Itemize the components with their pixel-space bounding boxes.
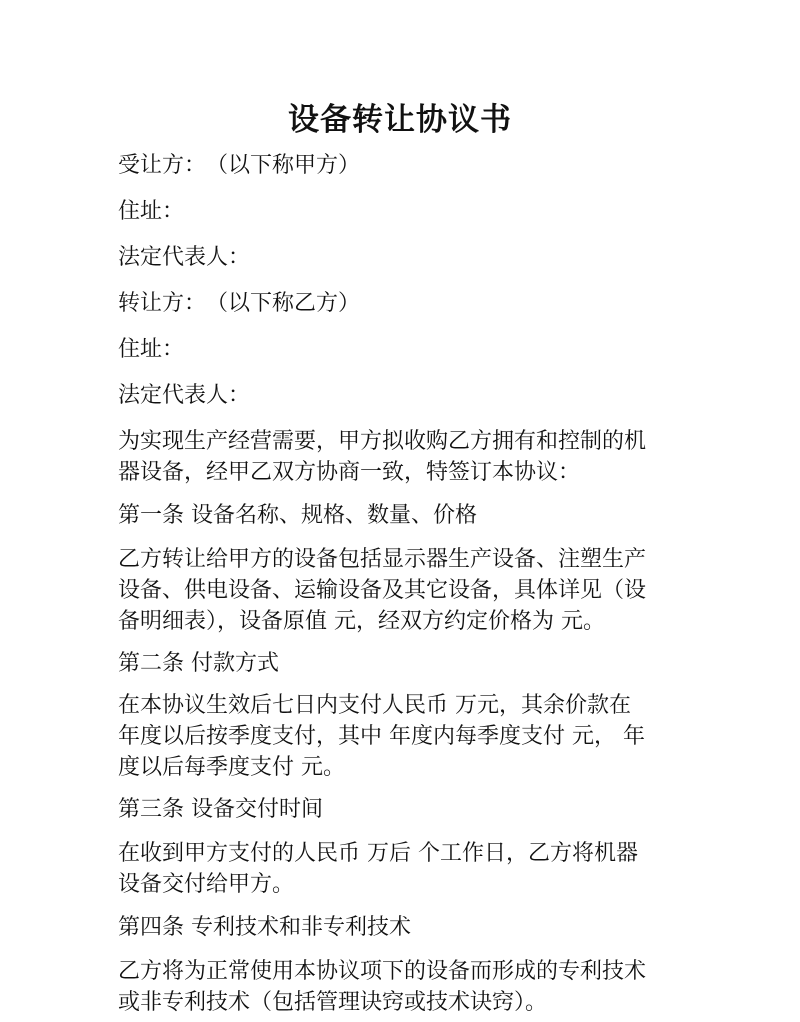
article-2-paragraph: 在本协议生效后七日内支付人民币 万元，其余价款在 年度以后按季度支付，其中 年度…	[118, 690, 698, 783]
transferee-line: 受让方： （以下称甲方）	[118, 150, 698, 181]
article-4-heading: 第四条 专利技术和非专利技术	[118, 912, 698, 943]
preamble-paragraph: 为实现生产经营需要，甲方拟收购乙方拥有和控制的机 器设备，经甲乙双方协商一致，特…	[118, 426, 698, 488]
transferor-line: 转让方： （以下称乙方）	[118, 288, 698, 319]
transferor-address-line: 住址：	[118, 334, 698, 365]
transferee-representative-line: 法定代表人：	[118, 242, 698, 273]
document-title: 设备转让协议书	[0, 94, 800, 139]
article-3-paragraph: 在收到甲方支付的人民币 万后 个工作日，乙方将机器 设备交付给甲方。	[118, 838, 698, 900]
article-4-paragraph: 乙方将为正常使用本协议项下的设备而形成的专利技术 或非专利技术（包括管理诀窍或技…	[118, 956, 698, 1018]
article-2-heading: 第二条 付款方式	[118, 648, 698, 679]
transferee-address-line: 住址：	[118, 196, 698, 227]
article-1-paragraph: 乙方转让给甲方的设备包括显示器生产设备、注塑生产 设备、供电设备、运输设备及其它…	[118, 544, 698, 637]
transferor-representative-line: 法定代表人：	[118, 380, 698, 411]
article-3-heading: 第三条 设备交付时间	[118, 794, 698, 825]
article-1-heading: 第一条 设备名称、规格、数量、价格	[118, 500, 698, 531]
